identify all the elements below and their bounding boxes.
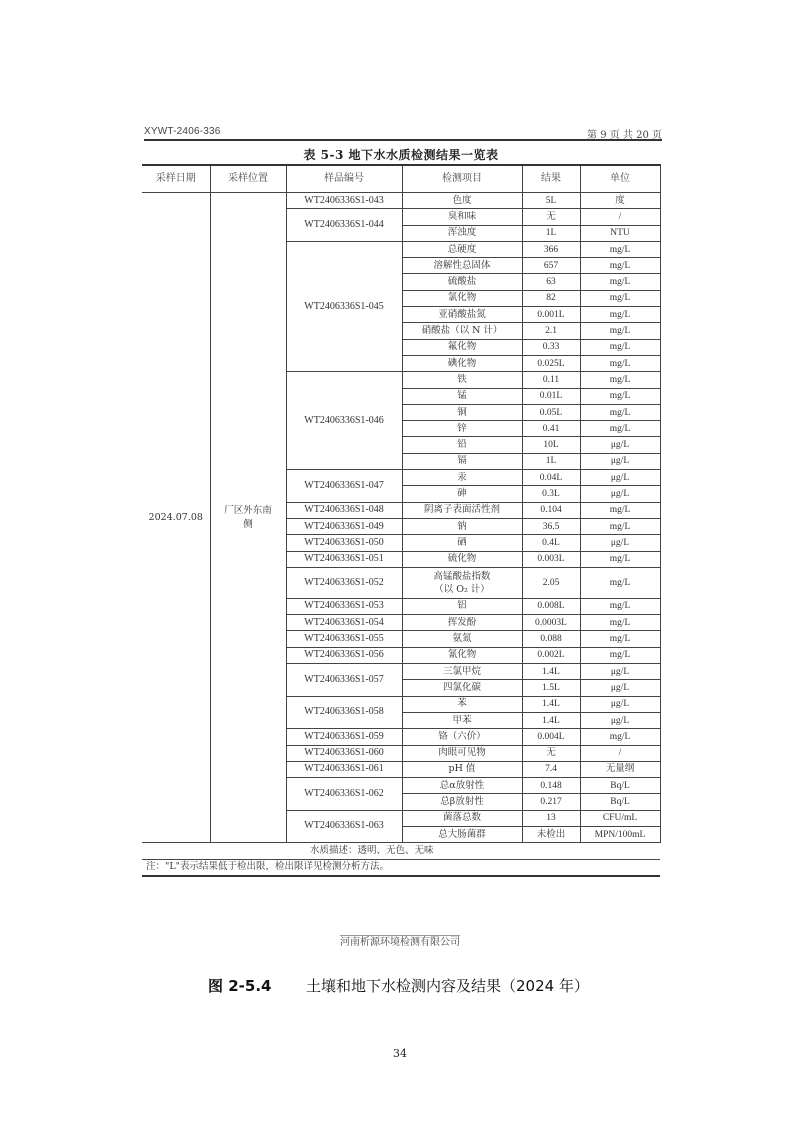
- sample-id: WT2406336S1-062: [286, 778, 402, 811]
- test-unit: μg/L: [580, 453, 660, 469]
- test-item: 硫化物: [402, 551, 522, 567]
- test-result: 0.4L: [522, 535, 580, 551]
- test-item: pH 值: [402, 761, 522, 777]
- test-result: 82: [522, 290, 580, 306]
- company-stamp: 河南析源环境检测有限公司: [0, 933, 800, 948]
- test-unit: mg/L: [580, 258, 660, 274]
- test-unit: μg/L: [580, 486, 660, 502]
- test-unit: mg/L: [580, 388, 660, 404]
- test-result: 1.4L: [522, 696, 580, 712]
- test-item: 氟化物: [402, 339, 522, 355]
- test-unit: mg/L: [580, 631, 660, 647]
- test-item: 三氯甲烷: [402, 664, 522, 680]
- test-item: 锌: [402, 421, 522, 437]
- test-result: 2.1: [522, 323, 580, 339]
- test-result: 0.003L: [522, 551, 580, 567]
- test-unit: NTU: [580, 225, 660, 241]
- test-item: 亚硝酸盐氮: [402, 307, 522, 323]
- test-item: 浑浊度: [402, 225, 522, 241]
- test-result: 0.001L: [522, 307, 580, 323]
- test-unit: mg/L: [580, 274, 660, 290]
- test-unit: mg/L: [580, 551, 660, 567]
- column-header: 采样日期: [142, 165, 210, 193]
- test-unit: CFU/mL: [580, 810, 660, 826]
- sample-id: WT2406336S1-052: [286, 567, 402, 598]
- test-unit: MPN/100mL: [580, 826, 660, 842]
- test-result: 5L: [522, 193, 580, 209]
- test-result: 0.3L: [522, 486, 580, 502]
- test-item: 菌落总数: [402, 810, 522, 826]
- table-note: 注："L"表示结果低于检出限，检出限详见检测分析方法。: [142, 859, 660, 876]
- test-item: 色度: [402, 193, 522, 209]
- column-header: 单位: [580, 165, 660, 193]
- test-item: 溶解性总固体: [402, 258, 522, 274]
- test-unit: mg/L: [580, 404, 660, 420]
- sample-id: WT2406336S1-043: [286, 193, 402, 209]
- test-result: 0.33: [522, 339, 580, 355]
- test-result: 1.4L: [522, 712, 580, 728]
- test-item: 锰: [402, 388, 522, 404]
- table-title: 表 5-3 地下水水质检测结果一览表: [140, 146, 662, 164]
- test-result: 0.004L: [522, 729, 580, 745]
- test-unit: mg/L: [580, 647, 660, 663]
- test-unit: Bq/L: [580, 778, 660, 794]
- test-unit: μg/L: [580, 437, 660, 453]
- test-item: 总硬度: [402, 241, 522, 257]
- test-unit: μg/L: [580, 664, 660, 680]
- sample-id: WT2406336S1-055: [286, 631, 402, 647]
- figure-title: 土壤和地下水检测内容及结果（2024 年）: [306, 977, 589, 995]
- test-result: 1.5L: [522, 680, 580, 696]
- water-quality-table: 采样日期 采样位置 样品编号 检测项目 结果 单位 2024.07.08厂区外东…: [142, 164, 661, 877]
- sample-id: WT2406336S1-058: [286, 696, 402, 729]
- test-unit: Bq/L: [580, 794, 660, 810]
- test-item: 硫酸盐: [402, 274, 522, 290]
- column-header: 检测项目: [402, 165, 522, 193]
- test-item: 碘化物: [402, 355, 522, 371]
- test-result: 7.4: [522, 761, 580, 777]
- test-item: 四氯化碳: [402, 680, 522, 696]
- sample-id: WT2406336S1-049: [286, 518, 402, 534]
- sampling-date: 2024.07.08: [142, 193, 210, 843]
- sample-id: WT2406336S1-051: [286, 551, 402, 567]
- test-unit: mg/L: [580, 421, 660, 437]
- test-unit: μg/L: [580, 712, 660, 728]
- test-item: 阴离子表面活性剂: [402, 502, 522, 518]
- test-result: 无: [522, 745, 580, 761]
- test-result: 0.01L: [522, 388, 580, 404]
- note-row: 注："L"表示结果低于检出限，检出限详见检测分析方法。: [142, 859, 660, 876]
- test-item: 氨氮: [402, 631, 522, 647]
- test-result: 1L: [522, 225, 580, 241]
- test-unit: mg/L: [580, 290, 660, 306]
- test-item: 高锰酸盐指数（以 O₂ 计）: [402, 567, 522, 598]
- test-unit: /: [580, 745, 660, 761]
- sample-id: WT2406336S1-063: [286, 810, 402, 843]
- test-unit: μg/L: [580, 535, 660, 551]
- test-item: 砷: [402, 486, 522, 502]
- report-header: XYWT-2406-336 第 9 页 共 20 页: [140, 126, 662, 142]
- sample-id: WT2406336S1-060: [286, 745, 402, 761]
- test-unit: mg/L: [580, 598, 660, 614]
- figure-number: 图 2-5.4: [208, 975, 306, 996]
- test-result: 0.217: [522, 794, 580, 810]
- test-result: 0.11: [522, 372, 580, 388]
- test-item: 总α放射性: [402, 778, 522, 794]
- test-item: 铁: [402, 372, 522, 388]
- test-unit: μg/L: [580, 696, 660, 712]
- page-number: 34: [0, 1047, 800, 1060]
- water-description: 水质描述：透明、无色、无味: [142, 843, 660, 859]
- test-item: 氰化物: [402, 647, 522, 663]
- sample-id: WT2406336S1-045: [286, 241, 402, 371]
- sample-id: WT2406336S1-050: [286, 535, 402, 551]
- test-item: 镉: [402, 453, 522, 469]
- test-unit: mg/L: [580, 567, 660, 598]
- header-rule: [144, 139, 662, 141]
- test-item: 硝酸盐（以 N 计）: [402, 323, 522, 339]
- sampling-location: 厂区外东南侧: [210, 193, 286, 843]
- test-item: 硒: [402, 535, 522, 551]
- test-item: 铬（六价）: [402, 729, 522, 745]
- test-result: 366: [522, 241, 580, 257]
- sample-id: WT2406336S1-056: [286, 647, 402, 663]
- test-unit: mg/L: [580, 323, 660, 339]
- test-result: 0.05L: [522, 404, 580, 420]
- test-unit: mg/L: [580, 615, 660, 631]
- test-result: 无: [522, 209, 580, 225]
- test-item: 臭和味: [402, 209, 522, 225]
- test-unit: μg/L: [580, 470, 660, 486]
- test-unit: mg/L: [580, 372, 660, 388]
- test-result: 未检出: [522, 826, 580, 842]
- water-description-row: 水质描述：透明、无色、无味: [142, 843, 660, 859]
- sample-id: WT2406336S1-046: [286, 372, 402, 470]
- sample-id: WT2406336S1-057: [286, 664, 402, 697]
- sample-id: WT2406336S1-054: [286, 615, 402, 631]
- test-result: 0.41: [522, 421, 580, 437]
- test-unit: 无量纲: [580, 761, 660, 777]
- test-result: 63: [522, 274, 580, 290]
- test-result: 13: [522, 810, 580, 826]
- test-result: 2.05: [522, 567, 580, 598]
- test-item: 挥发酚: [402, 615, 522, 631]
- column-header: 样品编号: [286, 165, 402, 193]
- test-unit: mg/L: [580, 355, 660, 371]
- test-item: 铜: [402, 404, 522, 420]
- test-result: 10L: [522, 437, 580, 453]
- sample-id: WT2406336S1-053: [286, 598, 402, 614]
- test-item: 肉眼可见物: [402, 745, 522, 761]
- test-unit: mg/L: [580, 502, 660, 518]
- report-code: XYWT-2406-336: [144, 126, 221, 137]
- test-item: 铅: [402, 437, 522, 453]
- test-unit: mg/L: [580, 518, 660, 534]
- test-item: 甲苯: [402, 712, 522, 728]
- column-header: 采样位置: [210, 165, 286, 193]
- sample-id: WT2406336S1-044: [286, 209, 402, 242]
- table-header-row: 采样日期 采样位置 样品编号 检测项目 结果 单位: [142, 165, 660, 193]
- test-result: 36.5: [522, 518, 580, 534]
- test-result: 0.025L: [522, 355, 580, 371]
- test-result: 1.4L: [522, 664, 580, 680]
- scanned-report-page: XYWT-2406-336 第 9 页 共 20 页 表 5-3 地下水水质检测…: [140, 126, 662, 877]
- test-unit: /: [580, 209, 660, 225]
- sample-id: WT2406336S1-059: [286, 729, 402, 745]
- test-unit: 度: [580, 193, 660, 209]
- test-result: 0.04L: [522, 470, 580, 486]
- sample-id: WT2406336S1-061: [286, 761, 402, 777]
- figure-caption: 图 2-5.4土壤和地下水检测内容及结果（2024 年）: [208, 975, 589, 996]
- test-result: 0.088: [522, 631, 580, 647]
- test-unit: mg/L: [580, 339, 660, 355]
- test-result: 0.148: [522, 778, 580, 794]
- test-item: 铝: [402, 598, 522, 614]
- test-item: 总β放射性: [402, 794, 522, 810]
- test-result: 657: [522, 258, 580, 274]
- test-item: 汞: [402, 470, 522, 486]
- test-item: 苯: [402, 696, 522, 712]
- test-item: 钠: [402, 518, 522, 534]
- test-unit: μg/L: [580, 680, 660, 696]
- test-unit: mg/L: [580, 241, 660, 257]
- test-result: 0.002L: [522, 647, 580, 663]
- sample-id: WT2406336S1-047: [286, 470, 402, 503]
- test-unit: mg/L: [580, 729, 660, 745]
- test-item: 总大肠菌群: [402, 826, 522, 842]
- table-row: 2024.07.08厂区外东南侧WT2406336S1-043色度5L度: [142, 193, 660, 209]
- test-unit: mg/L: [580, 307, 660, 323]
- test-item: 氯化物: [402, 290, 522, 306]
- test-result: 1L: [522, 453, 580, 469]
- test-result: 0.104: [522, 502, 580, 518]
- test-result: 0.0003L: [522, 615, 580, 631]
- test-result: 0.008L: [522, 598, 580, 614]
- sample-id: WT2406336S1-048: [286, 502, 402, 518]
- column-header: 结果: [522, 165, 580, 193]
